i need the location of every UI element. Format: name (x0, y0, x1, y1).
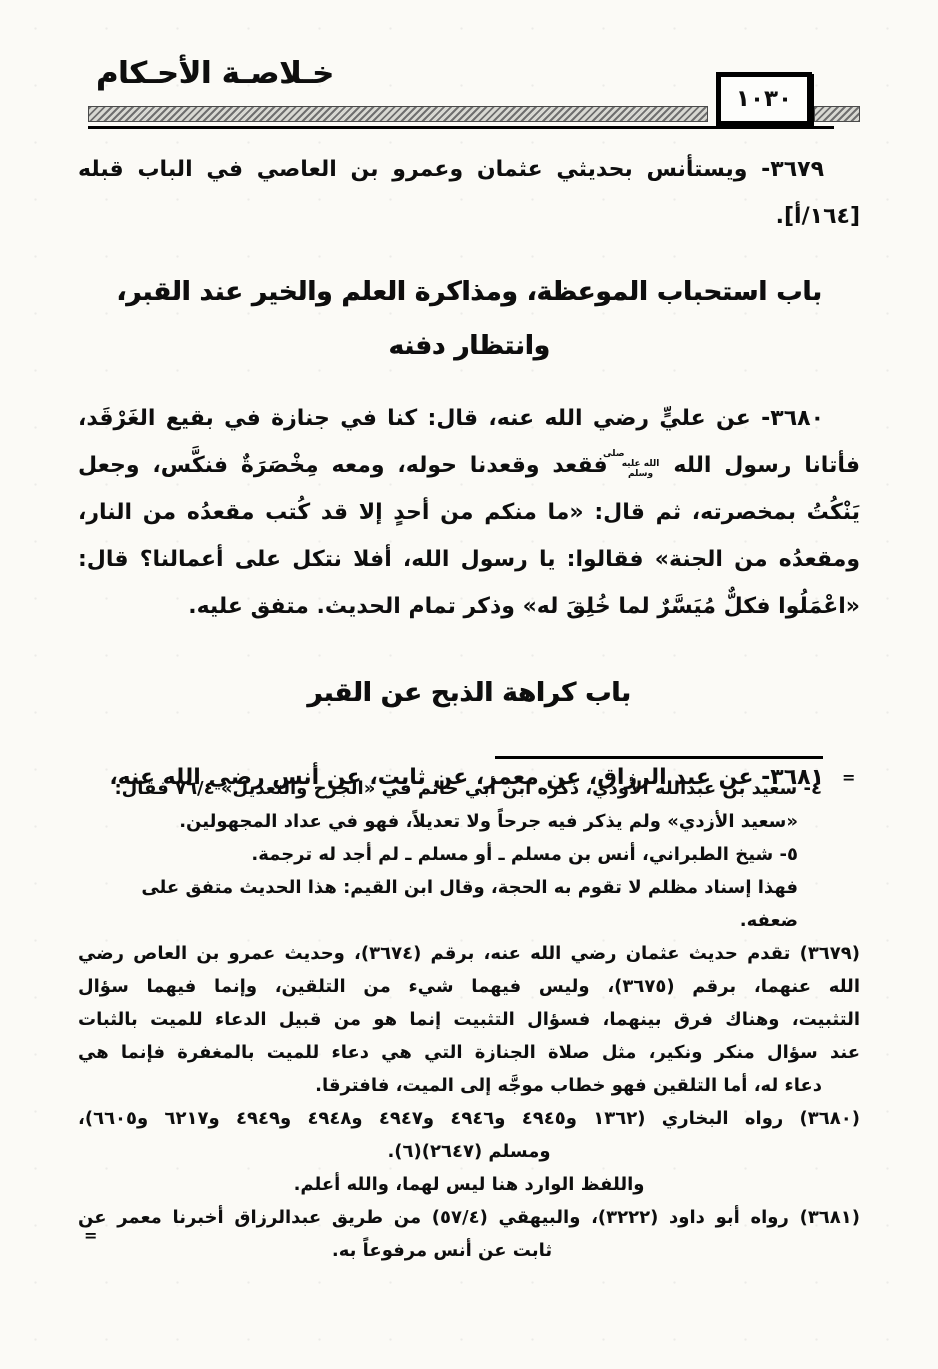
section-heading-dhabh: باب كراهة الذبح عن القبر (78, 666, 860, 720)
footnote-line: فهذا إسناد مظلم لا تقوم به الحجة، وقال ا… (78, 871, 860, 937)
footnotes: ٤- سعيد بن عبدالله الأودي، ذكره ابن أبي … (78, 772, 860, 1267)
footnote-line: الله عنهما، برقم (٣٦٧٥)، وليس فيهما شيء … (78, 970, 860, 1003)
footnote-line: «سعيد الأزدي» ولم يذكر فيه جرحاً ولا تعد… (78, 805, 860, 838)
book-page: خـلاصـة الأحـكام ١٠٣٠ ٣٦٧٩- ويستأنس بحدي… (0, 0, 938, 1369)
page-number: ١٠٣٠ (736, 86, 792, 112)
footnote-line: التثبيت، وهناك فرق بينهما، فسؤال التثبيت… (78, 1003, 860, 1036)
hadith-3679: ٣٦٧٩- ويستأنس بحديثي عثمان وعمرو بن العا… (78, 146, 860, 240)
footnote-separator (495, 756, 823, 759)
header-ornament-bar-right (814, 106, 860, 122)
footnote-line: ثابت عن أنس مرفوعاً به. (78, 1234, 860, 1267)
footnote-line: دعاء له، أما التلقين فهو خطاب موجَّه إلى… (78, 1069, 860, 1102)
main-text: ٣٦٧٩- ويستأنس بحديثي عثمان وعمرو بن العا… (78, 146, 860, 801)
footnote-line: واللفظ الوارد هنا ليس لهما، والله أعلم. (78, 1168, 860, 1201)
footnote-continuation-marker-bottom: = (84, 1226, 97, 1245)
hadith-3680: ٣٦٨٠- عن عليٍّ رضي الله عنه، قال: كنا في… (78, 395, 860, 630)
prophet-honorific-mark: صلى الله عليه وسلم (621, 449, 661, 479)
header-rule (88, 126, 834, 129)
footnote-line: عند سؤال منكر ونكير، مثل صلاة الجنازة ال… (78, 1036, 860, 1069)
footnote-line: (٣٦٧٩) تقدم حديث عثمان رضي الله عنه، برق… (78, 937, 860, 970)
footnote-line: (٣٦٨٠) رواه البخاري (١٣٦٢ و٤٩٤٥ و٤٩٤٦ و٤… (78, 1102, 860, 1135)
page-number-box: ١٠٣٠ (716, 72, 812, 126)
section-heading-line2: وانتظار دفنه (78, 319, 860, 373)
footnote-line: (٣٦٨١) رواه أبو داود (٣٢٢٢)، والبيهقي (٥… (78, 1201, 860, 1234)
footnote-line: ٤- سعيد بن عبدالله الأودي، ذكره ابن أبي … (78, 772, 860, 805)
header-ornament-bar-left (88, 106, 708, 122)
section-heading-mawiza: باب استحباب الموعظة، ومذاكرة العلم والخي… (78, 265, 860, 373)
footnote-line: ومسلم (٢٦٤٧)(٦). (78, 1135, 860, 1168)
section-heading-line1: باب استحباب الموعظة، ومذاكرة العلم والخي… (78, 265, 860, 319)
book-title: خـلاصـة الأحـكام (96, 56, 334, 91)
footnote-line: ٥- شيخ الطبراني، أنس بن مسلم ـ أو مسلم ـ… (78, 838, 860, 871)
